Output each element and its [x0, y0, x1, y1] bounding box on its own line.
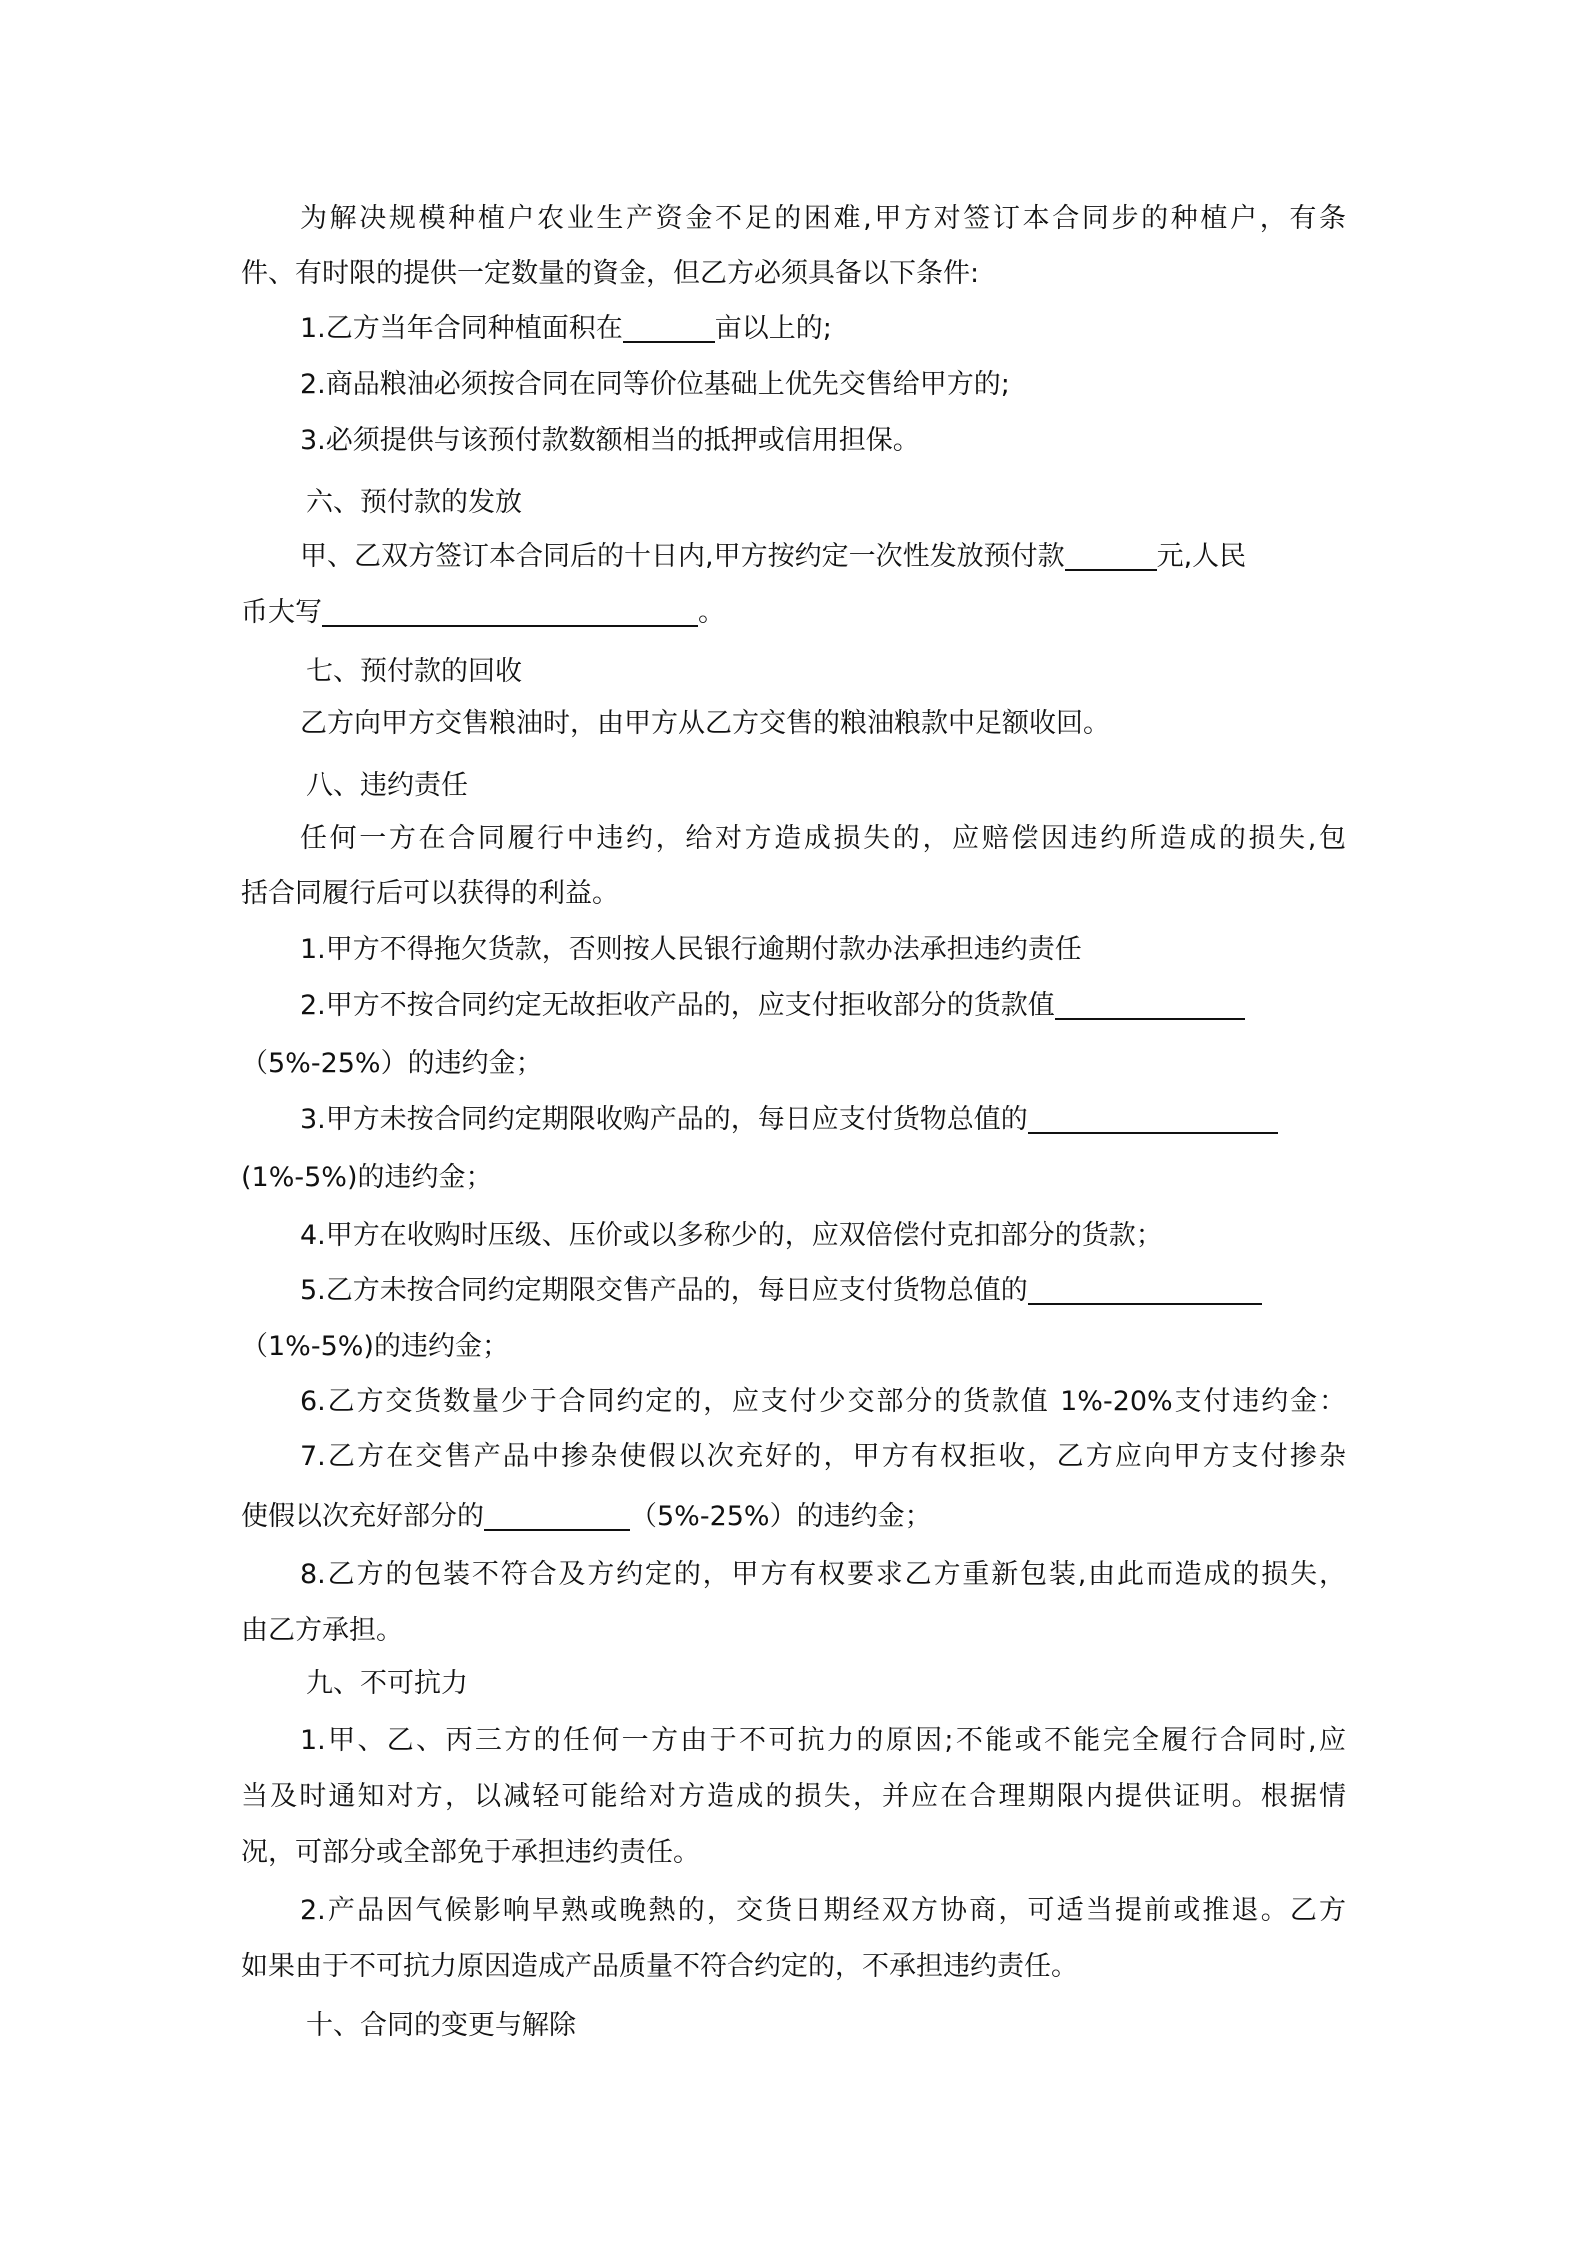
item-5-text: 5.乙方未按合同约定期限交售产品的，每日应支付货物总值的	[300, 1275, 1028, 1306]
condition-2: 2.商品粮油必须按合同在同等价位基础上优先交售给甲方的;	[300, 365, 1410, 405]
section-9-item-2-line-1: 2.产品因气候影响早熟或晚熱的，交货日期经双方协商，可适当提前或推退。乙方	[300, 1891, 1346, 1931]
section-8-item-7-line-2: 使假以次充好部分的（5%-25%）的违约金；	[241, 1497, 1351, 1537]
item-2-text: 2.甲方不按合同约定无故拒收产品的，应支付拒收部分的货款值	[300, 990, 1055, 1021]
intro-line-2: 件、有时限的提供一定数量的資金，但乙方必须具备以下条件:	[241, 254, 1351, 294]
section-8-item-8-line-2: 由乙方承担。	[241, 1611, 1351, 1651]
item-2-blank-field[interactable]	[1055, 988, 1245, 1020]
document-page: 为解决规模种植户农业生产资金不足的困难,甲方对签订本合同步的种植户，有条 件、有…	[0, 0, 1586, 2244]
item-7-blank-field[interactable]	[484, 1499, 630, 1531]
section-8-item-6: 6.乙方交货数量少于合同约定的，应支付少交部分的货款值 1%-20%支付违约金：	[300, 1382, 1346, 1422]
condition-1: 1.乙方当年合同种植面积在亩以上的;	[300, 309, 1410, 349]
section-9-heading: 九、不可抗力	[306, 1664, 1416, 1704]
section-8-item-4: 4.甲方在收购时压级、压价或以多称少的，应双倍偿付克扣部分的货款；	[300, 1216, 1410, 1256]
section-6-line-1: 甲、乙双方签订本合同后的十日内,甲方按约定一次性发放预付款元,人民	[300, 537, 1410, 577]
item-7-suffix: （5%-25%）的违约金；	[630, 1501, 932, 1532]
section-6-line-2-suffix: 。	[698, 597, 725, 628]
condition-1-text: 1.乙方当年合同种植面积在	[300, 313, 623, 344]
section-8-item-8-line-1: 8.乙方的包装不符合及方约定的，甲方有权要求乙方重新包装,由此而造成的损失，	[300, 1555, 1346, 1595]
section-6-line-2-text: 币大写	[241, 597, 322, 628]
condition-3: 3.必须提供与该预付款数额相当的抵押或信用担保。	[300, 421, 1410, 461]
section-7-body: 乙方向甲方交售粮油时，由甲方从乙方交售的粮油粮款中足额收回。	[300, 704, 1410, 744]
section-8-heading: 八、违约责任	[306, 766, 1416, 806]
section-6-line-2: 币大写。	[241, 593, 1351, 633]
section-8-item-3: 3.甲方未按合同约定期限收购产品的，每日应支付货物总值的	[300, 1100, 1410, 1140]
section-9-item-1-line-1: 1.甲、乙、丙三方的任何一方由于不可抗力的原因;不能或不能完全履行合同时,应	[300, 1721, 1346, 1761]
item-3-text: 3.甲方未按合同约定期限收购产品的，每日应支付货物总值的	[300, 1104, 1028, 1135]
section-8-item-2-line-2: （5%-25%）的违约金；	[241, 1044, 1351, 1084]
amount-in-words-blank-field[interactable]	[322, 595, 698, 627]
section-10-heading: 十、合同的变更与解除	[306, 2006, 1416, 2046]
area-blank-field[interactable]	[623, 311, 715, 343]
intro-line-1: 为解决规模种植户农业生产资金不足的困难,甲方对签订本合同步的种植户，有条	[300, 199, 1346, 239]
section-9-item-2-line-2: 如果由于不可抗力原因造成产品质量不符合约定的，不承担违约责任。	[241, 1947, 1351, 1987]
section-8-item-1: 1.甲方不得拖欠货款，否则按人民银行逾期付款办法承担违约责任	[300, 930, 1410, 970]
condition-1-suffix: 亩以上的;	[715, 313, 832, 344]
section-8-item-5: 5.乙方未按合同约定期限交售产品的，每日应支付货物总值的	[300, 1271, 1410, 1311]
item-3-blank-field[interactable]	[1028, 1102, 1278, 1134]
section-6-text: 甲、乙双方签订本合同后的十日内,甲方按约定一次性发放预付款	[300, 541, 1065, 572]
item-7-text: 使假以次充好部分的	[241, 1501, 484, 1532]
section-9-item-1-line-3: 况，可部分或全部免于承担违约责任。	[241, 1833, 1351, 1873]
section-8-intro-line-2: 括合同履行后可以获得的利益。	[241, 874, 1351, 914]
item-5-blank-field[interactable]	[1028, 1273, 1262, 1305]
section-8-item-3-line-2: (1%-5%)的违约金；	[241, 1158, 1351, 1198]
section-7-heading: 七、预付款的回收	[306, 652, 1416, 692]
section-6-heading: 六、预付款的发放	[306, 483, 1416, 523]
section-8-item-2: 2.甲方不按合同约定无故拒收产品的，应支付拒收部分的货款值	[300, 986, 1410, 1026]
section-8-item-5-line-2: （1%-5%)的违约金；	[241, 1327, 1351, 1367]
section-9-item-1-line-2: 当及时通知对方，以减轻可能给对方造成的损失，并应在合理期限内提供证明。根据情	[241, 1777, 1346, 1817]
section-8-intro-line-1: 任何一方在合同履行中违约，给对方造成损失的，应赔偿因违约所造成的损失,包	[300, 819, 1346, 859]
section-8-item-7-line-1: 7.乙方在交售产品中掺杂使假以次充好的，甲方有权拒收，乙方应向甲方支付掺杂	[300, 1437, 1346, 1477]
advance-amount-blank-field[interactable]	[1065, 539, 1157, 571]
section-6-suffix: 元,人民	[1157, 541, 1247, 572]
